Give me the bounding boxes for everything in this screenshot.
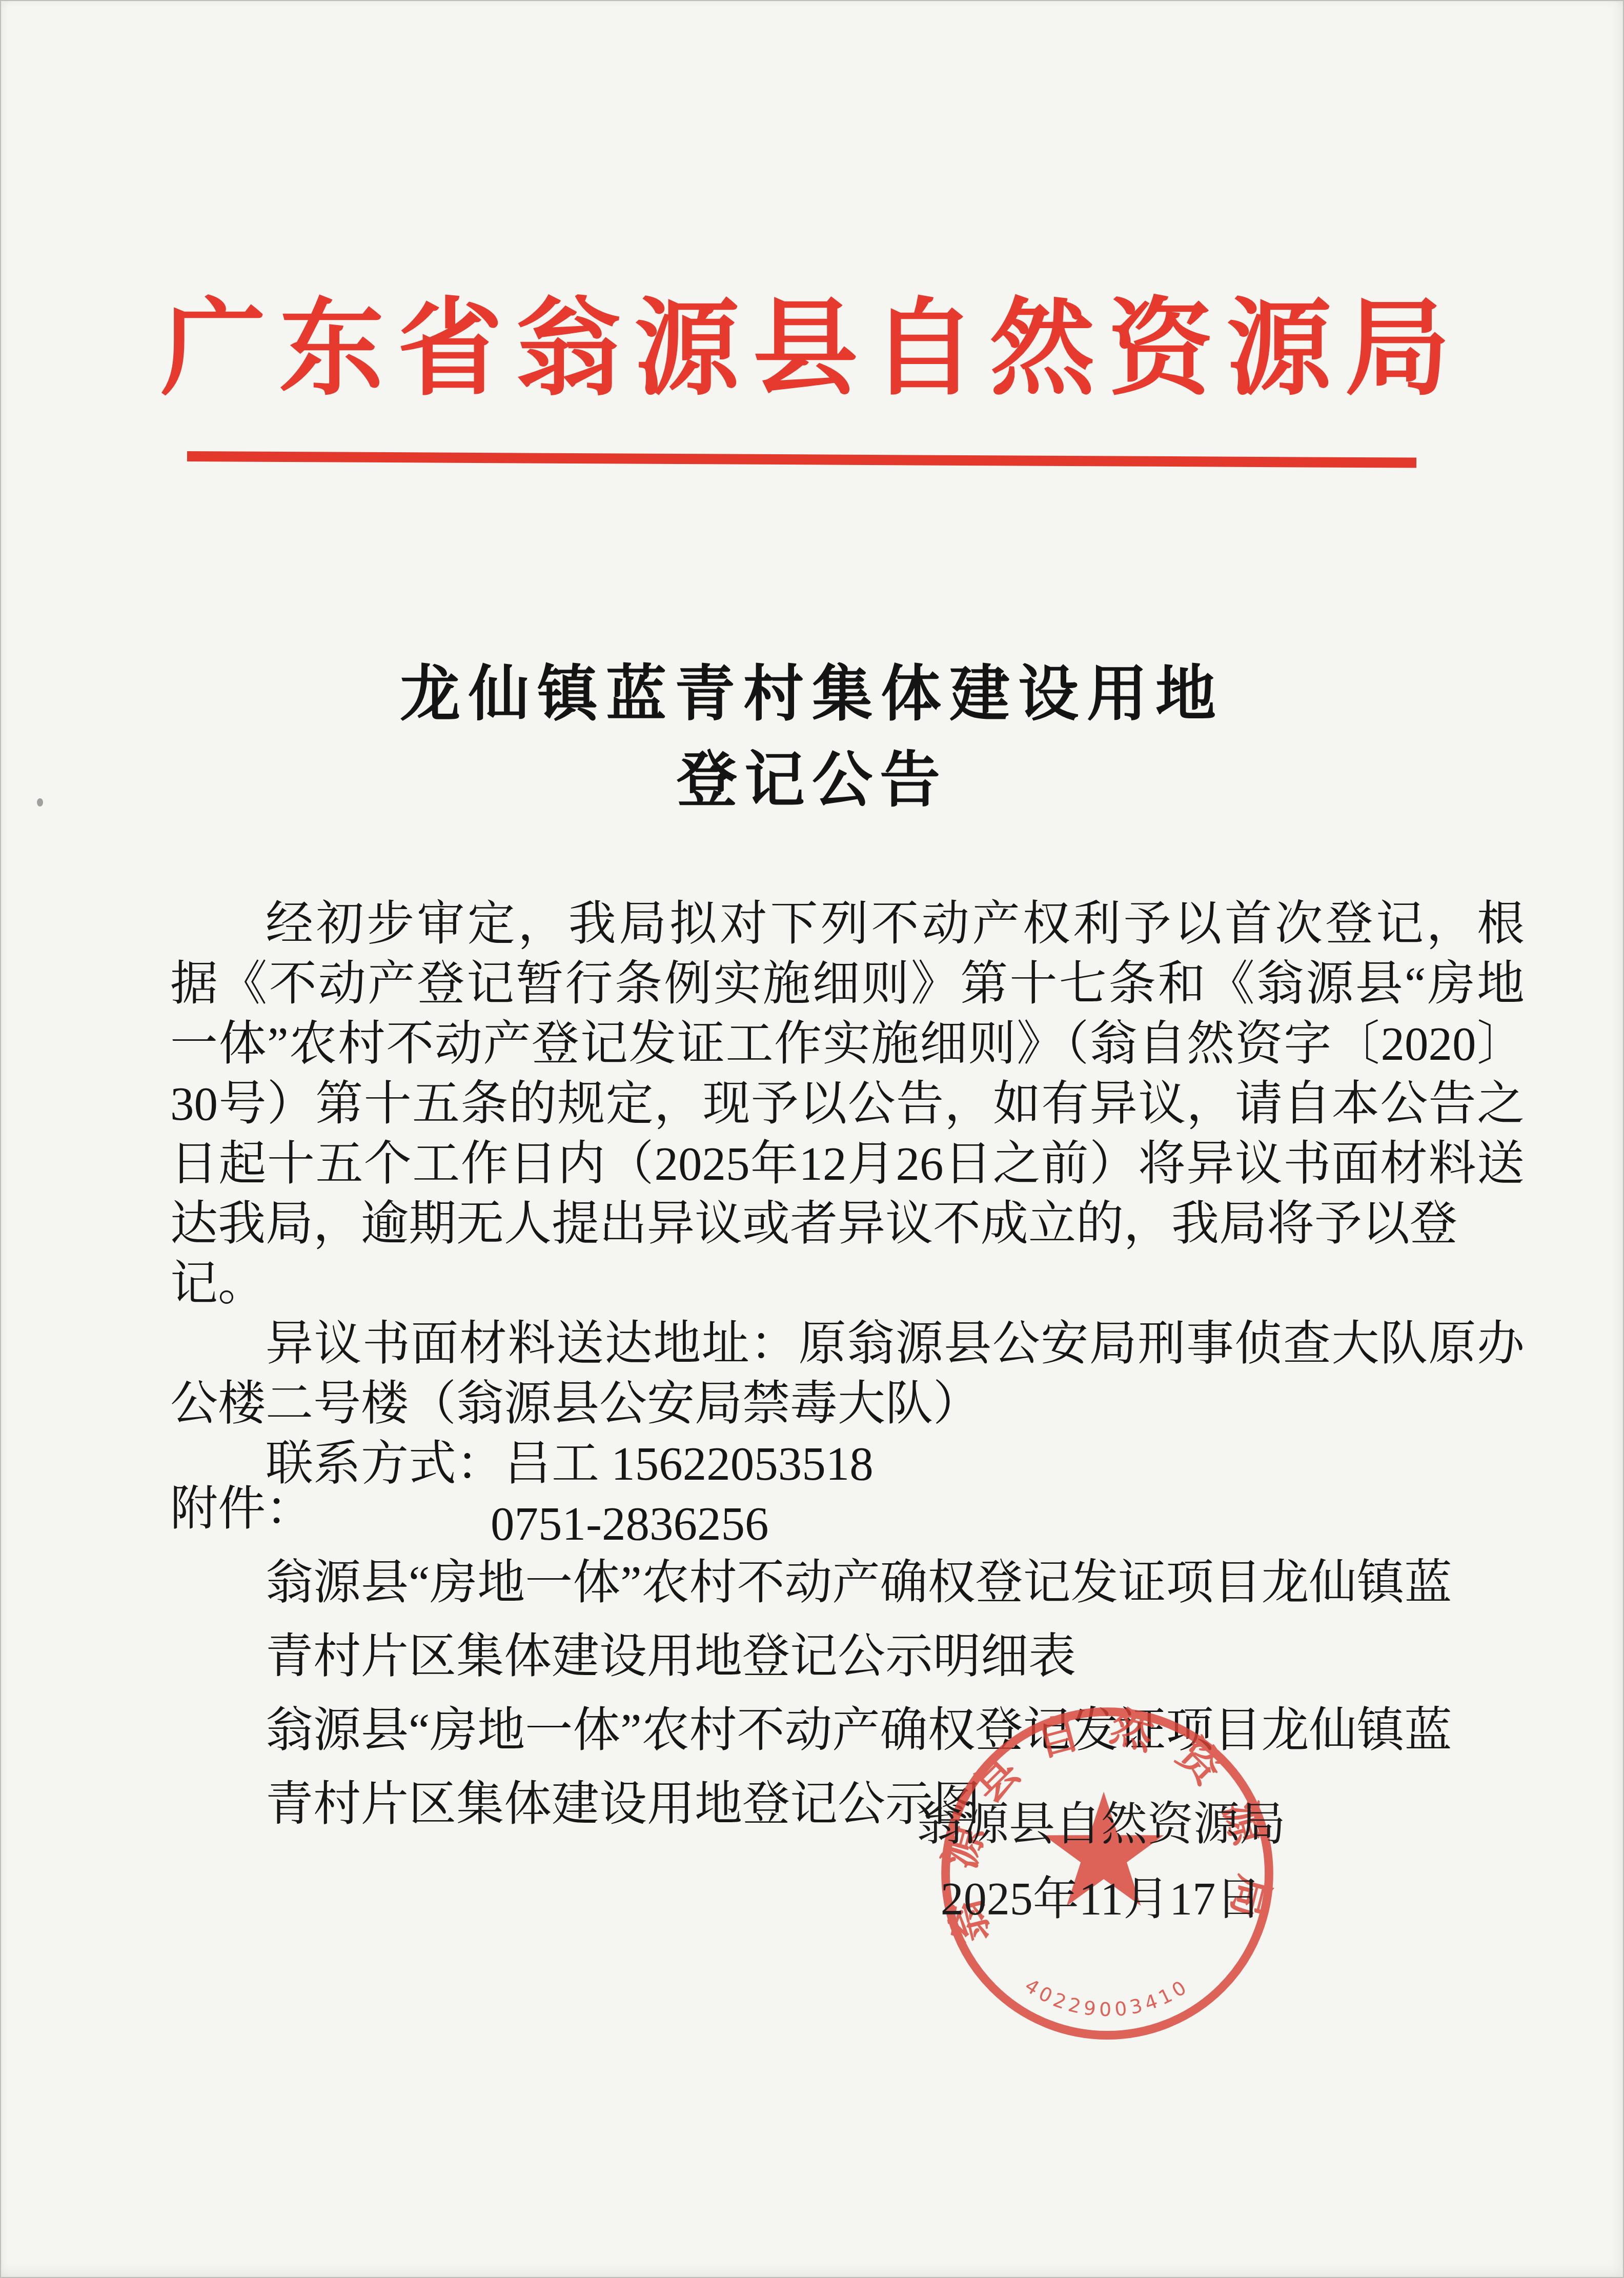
attachments-label: 附件： <box>170 1473 1525 1546</box>
attachment-line: 翁源县“房地一体”农村不动产确权登记发证项目龙仙镇蓝 <box>266 1546 1525 1620</box>
body-line: 一体”农村不动产登记发证工作实施细则》（翁自然资字〔2020〕 <box>170 1014 1525 1074</box>
signature-block: 翁源县自然资源局 2025年11月17日 <box>917 1802 1286 1923</box>
signature-date: 2025年11月17日 <box>917 1877 1286 1923</box>
agency-letterhead: 广东省翁源县自然资源局 <box>1 294 1623 405</box>
body-line: 经初步审定，我局拟对下列不动产权利予以首次登记，根 <box>170 894 1525 954</box>
announcement-body: 经初步审定，我局拟对下列不动产权利予以首次登记，根 据《不动产登记暂行条例实施细… <box>170 894 1525 1554</box>
document-title-line1: 龙仙镇蓝青村集体建设用地 <box>1 663 1623 724</box>
scanned-announcement-page: 广东省翁源县自然资源局 龙仙镇蓝青村集体建设用地 登记公告 经初步审定，我局拟对… <box>0 0 1624 2278</box>
body-line: 30号）第十五条的规定，现予以公告，如有异议，请自本公告之 <box>170 1074 1525 1134</box>
scan-dot-artifact <box>37 798 43 807</box>
document-title-line2: 登记公告 <box>1 750 1623 810</box>
signature-agency: 翁源县自然资源局 <box>917 1802 1286 1848</box>
body-line: 据《不动产登记暂行条例实施细则》第十七条和《翁源县“房地 <box>170 954 1525 1014</box>
attachments-section: 附件： 翁源县“房地一体”农村不动产确权登记发证项目龙仙镇蓝 青村片区集体建设用… <box>170 1473 1525 1842</box>
body-line: 日起十五个工作日内（2025年12月26日之前）将异议书面材料送 <box>170 1134 1525 1194</box>
attachment-line: 青村片区集体建设用地登记公示明细表 <box>266 1620 1525 1694</box>
attachment-line: 翁源县“房地一体”农村不动产确权登记发证项目龙仙镇蓝 <box>266 1694 1525 1768</box>
attachment-line: 青村片区集体建设用地登记公示图 <box>266 1768 1525 1842</box>
objection-address-line: 公楼二号楼（翁源县公安局禁毒大队） <box>170 1374 1525 1434</box>
body-line: 达我局，逾期无人提出异议或者异议不成立的，我局将予以登记。 <box>170 1194 1525 1314</box>
letterhead-divider-rule <box>187 451 1416 468</box>
objection-address-line: 异议书面材料送达地址：原翁源县公安局刑事侦查大队原办 <box>170 1314 1525 1374</box>
